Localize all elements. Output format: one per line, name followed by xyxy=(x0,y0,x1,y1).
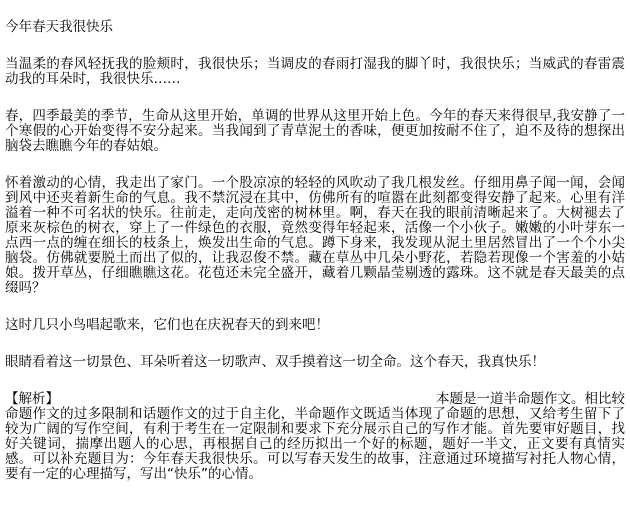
essay-paragraph-5: 眼睛看着这一切景色、耳朵听着这一切歌声、双手摸着这一切全命。这个春天，我真快乐！ xyxy=(5,355,625,370)
essay-paragraph-1: 当温柔的春风轻抚我的脸颊时，我很快乐；当调皮的春雨打湿我的脚丫时，我很快乐；当威… xyxy=(5,57,625,87)
analysis-body: 命题作文的过多限制和话题作文的过于自主化，半命题作文既适当体现了命题的思想，又给… xyxy=(5,407,625,482)
essay-paragraph-3: 怀着激动的心情，我走出了家门。一个股凉凉的轻轻的风吹动了我几根发丝。仔细用鼻子闻… xyxy=(5,176,625,296)
analysis-label: 【解析】 xyxy=(5,392,59,407)
essay-paragraph-4: 这时几只小鸟唱起歌来，它们也在庆祝春天的到来吧！ xyxy=(5,318,625,333)
analysis-intro: 本题是一道半命题作文。相比较 xyxy=(436,392,625,407)
essay-document: 今年春天我很快乐 当温柔的春风轻抚我的脸颊时，我很快乐；当调皮的春雨打湿我的脚丫… xyxy=(0,0,630,482)
analysis-first-line: 【解析】 本题是一道半命题作文。相比较 xyxy=(5,392,625,407)
essay-title: 今年春天我很快乐 xyxy=(5,20,625,35)
essay-paragraph-2: 春，四季最美的季节，生命从这里开始，单调的世界从这里开始上色。今年的春天来得很早… xyxy=(5,109,625,154)
analysis-section: 【解析】 本题是一道半命题作文。相比较 命题作文的过多限制和话题作文的过于自主化… xyxy=(5,392,625,482)
